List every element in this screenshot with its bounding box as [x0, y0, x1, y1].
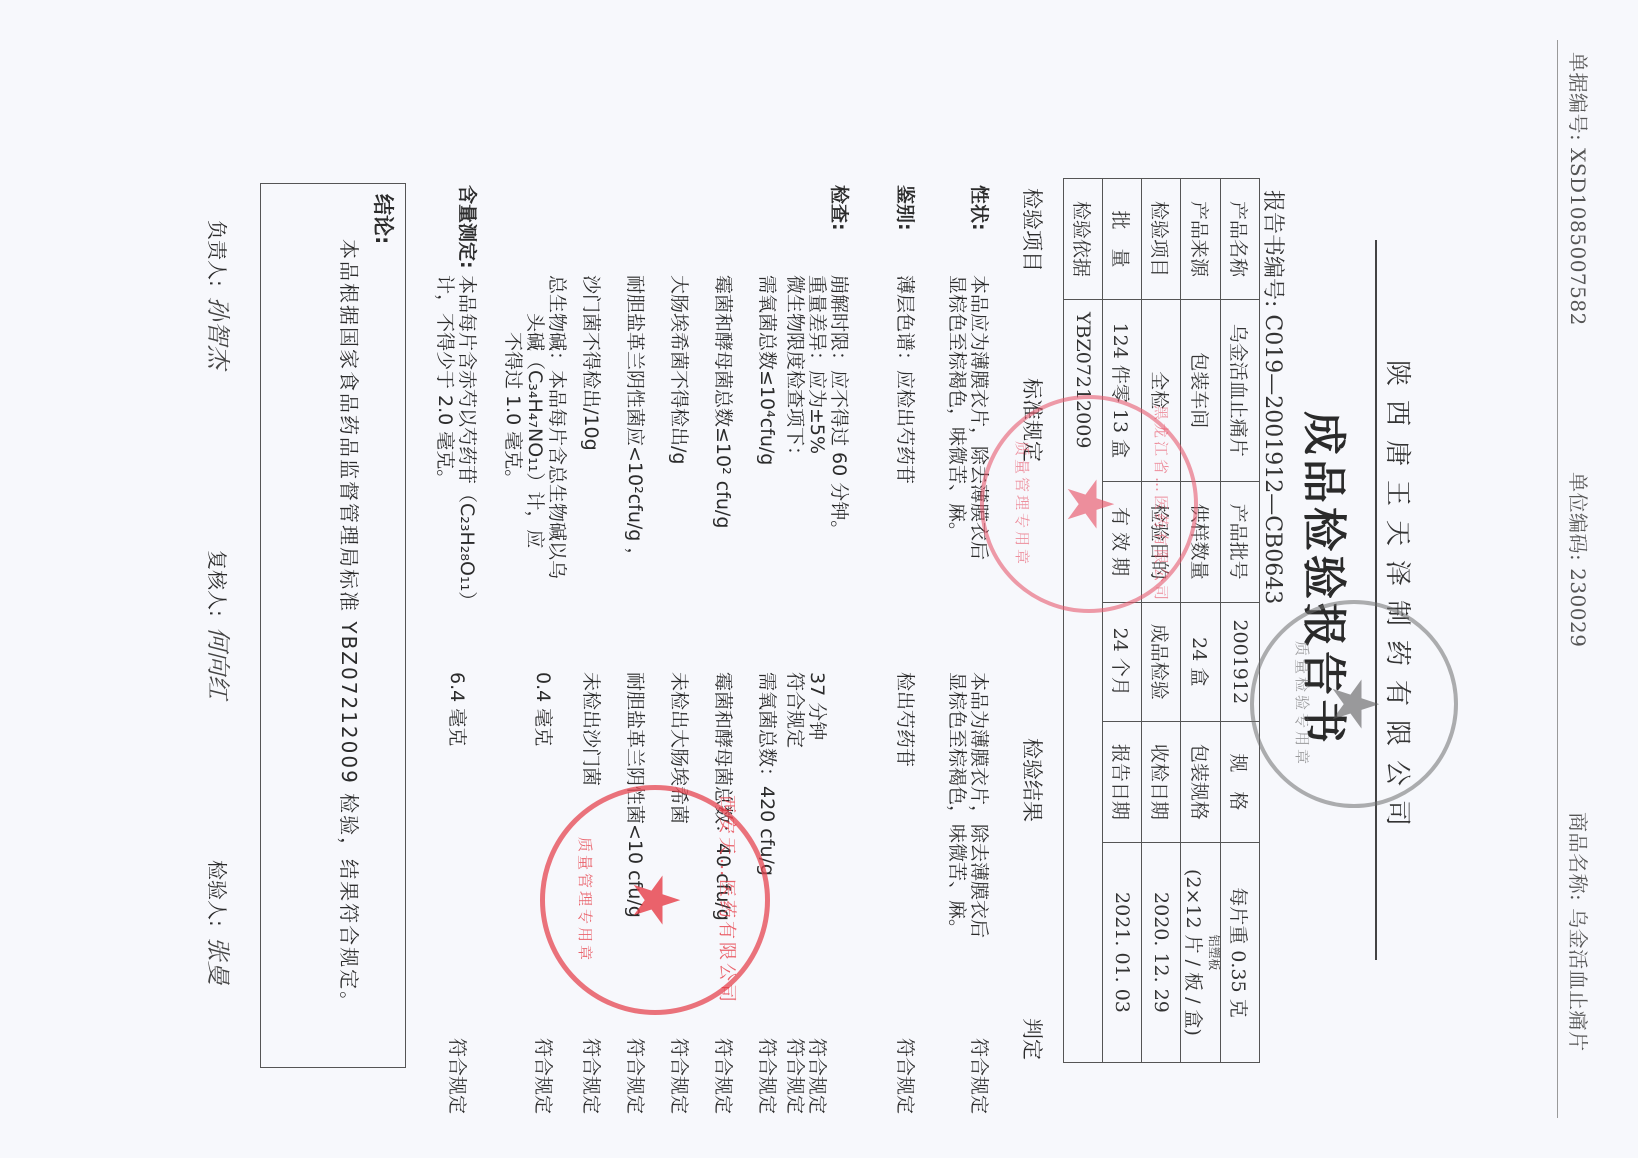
reviewer-signature: 复核人:何向红: [203, 550, 238, 699]
pack-spec: 铝塑板(2×12 片 / 板 / 盒): [1181, 842, 1221, 1062]
inspector-signature: 检验人:张曼: [203, 860, 238, 985]
conclusion-box: 结论: 本品根据国家食品药品监督管理局标准 YBZ07212009 检验，结果符…: [260, 183, 406, 1068]
product-name-meta: 商品名称: 乌金活血止痛片: [1565, 812, 1594, 1052]
doc-no: 单据编号: XSD1085007582: [1565, 52, 1594, 326]
product-info-table: 产品名称 乌金活血止痛片 产品批号 2001912 规 格 每片重 0.35 克…: [1063, 178, 1260, 1063]
report-number: 报告书编号: C019—2001912—CB0643: [1259, 190, 1290, 604]
table-row: 检验依据 YBZ07212009: [1064, 179, 1103, 1063]
unit-code: 单位编码: 230029: [1565, 472, 1594, 647]
meta-divider: [1557, 40, 1558, 1118]
company-name: 陕西唐王天泽制药有限公司: [1375, 240, 1418, 960]
table-row: 批 量 124 件零 13 盒 有 效 期 24 个月 报告日期 2021. 0…: [1103, 179, 1142, 1063]
responsible-signature: 负责人:孙智杰: [203, 220, 238, 369]
table-row: 产品名称 乌金活血止痛片 产品批号 2001912 规 格 每片重 0.35 克: [1221, 179, 1260, 1063]
report-title: 成品检验报告书: [1296, 40, 1360, 1118]
inspection-report-page: 单据编号: XSD1085007582 单位编码: 230029 商品名称: 乌…: [0, 0, 1638, 1158]
table-row: 产品来源 包装车间 供样数量 24 盒 包装规格 铝塑板(2×12 片 / 板 …: [1181, 179, 1221, 1063]
table-row: 检验项目 全检 检验目的 成品检验 收检日期 2020. 12. 29: [1142, 179, 1181, 1063]
